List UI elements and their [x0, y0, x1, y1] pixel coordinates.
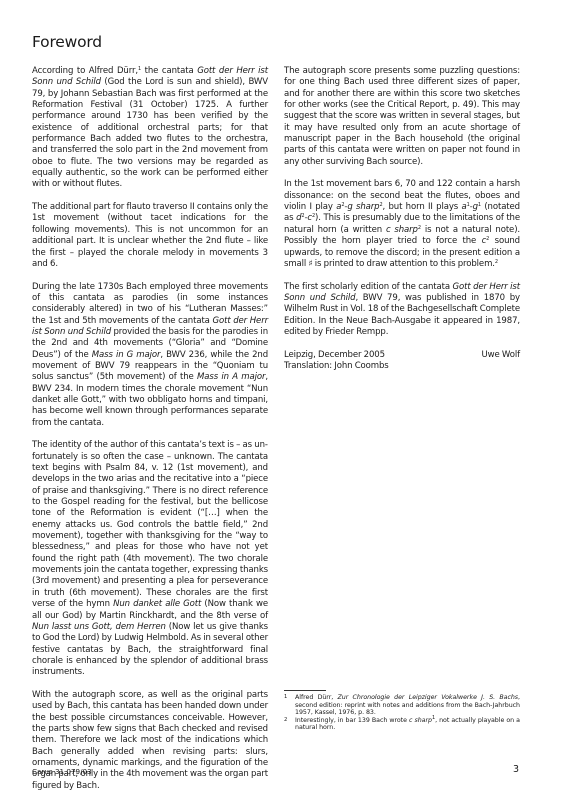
footnote-number: 2: [284, 717, 295, 732]
text: According to Alfred Dürr,: [32, 66, 138, 76]
text: (God the Lord is sun and shield), BWV 79…: [32, 77, 268, 189]
footnote-text: Alfred Dürr, Zur Chronologie der Leipzig…: [295, 694, 520, 717]
left-column: According to Alfred Dürr,1 the cantata G…: [32, 66, 268, 792]
paragraph-editions: The first scholarly edition of the canta…: [284, 282, 520, 339]
footnote-1: 1 Alfred Dürr, Zur Chronologie der Leipz…: [284, 694, 520, 717]
text: , but horn II plays: [383, 202, 462, 212]
note: -c: [304, 213, 312, 223]
text: Interestingly, in bar 139 Bach wrote: [295, 717, 409, 724]
footnote-2: 2 Interestingly, in bar 139 Bach wrote c…: [284, 717, 520, 732]
right-column: The autograph score presents some puzzli…: [284, 66, 520, 372]
work-title: Mass in G major: [92, 350, 161, 360]
text: The first scholarly edition of the canta…: [284, 282, 452, 292]
note: -g sharp: [344, 202, 379, 212]
footnote-text: Interestingly, in bar 139 Bach wrote c s…: [295, 717, 520, 732]
text: the cantata: [141, 66, 197, 76]
note: c sharp: [386, 225, 418, 235]
paragraph-autograph: The autograph score presents some puzzli…: [284, 66, 520, 168]
page-number: 3: [513, 764, 519, 775]
hymn-title: Nun danket alle Gott: [113, 599, 201, 609]
paragraph-intro: According to Alfred Dürr,1 the cantata G…: [32, 66, 268, 191]
text: Alfred Dürr,: [295, 694, 338, 701]
note: -g: [470, 202, 478, 212]
signature-block: Leipzig, December 2005 Uwe Wolf: [284, 350, 520, 361]
author-name: Uwe Wolf: [481, 350, 520, 361]
text: The identity of the author of this canta…: [32, 440, 268, 609]
work-title: Mass in A major: [197, 372, 265, 382]
footnote-number: 1: [284, 694, 295, 717]
translator-credit: Translation: John Coombs: [284, 361, 520, 372]
footnote-divider: [284, 690, 326, 691]
footnotes: 1 Alfred Dürr, Zur Chronologie der Leipz…: [284, 690, 520, 732]
paragraph-parodies: During the late 1730s Bach employed thre…: [32, 282, 268, 429]
page-title: Foreword: [32, 33, 102, 51]
catalog-number: Carus 31.079/03: [32, 767, 92, 776]
note: c sharp: [409, 717, 432, 724]
book-title: Zur Chronologie der Leipziger Vokalwerke…: [338, 694, 519, 701]
paragraph-sources: With the autograph score, as well as the…: [32, 690, 268, 792]
place-date: Leipzig, December 2005: [284, 350, 385, 361]
paragraph-dissonance: In the 1st movement bars 6, 70 and 122 c…: [284, 179, 520, 270]
footnote-ref-2: 2: [495, 259, 498, 265]
paragraph-flute-part: The additional part for flauto traverso …: [32, 202, 268, 270]
hymn-title: Nun lasst uns Gott, dem Herren: [32, 622, 166, 632]
paragraph-text-author: The identity of the author of this canta…: [32, 440, 268, 678]
